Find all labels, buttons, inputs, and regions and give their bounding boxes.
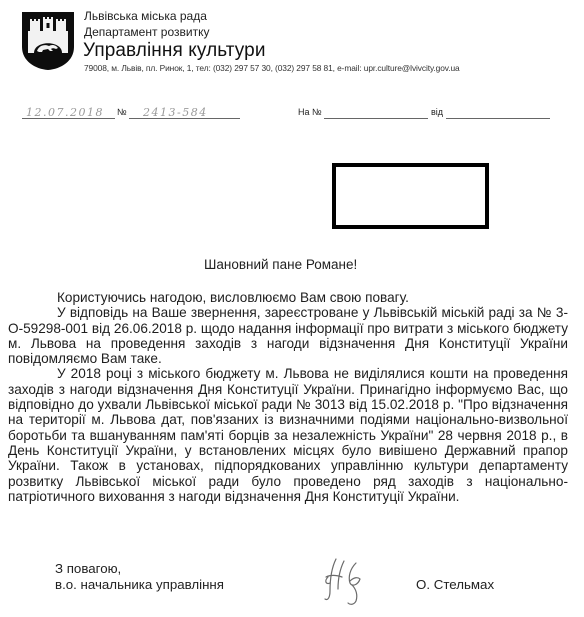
date-field: 12.07.2018 — [22, 104, 115, 119]
redacted-recipient-box — [332, 163, 489, 229]
letter-body: Користуючись нагодою, висловлюємо Вам св… — [8, 290, 568, 504]
number-field: 2413-584 — [129, 104, 240, 119]
closing-salutation: З повагою, — [55, 561, 121, 576]
handwritten-signature-icon — [322, 555, 372, 607]
handwritten-date: 12.07.2018 — [26, 106, 104, 119]
office-name: Управління культури — [83, 40, 266, 62]
signer-position: в.о. начальника управління — [55, 577, 224, 592]
reply-to-label: На № — [298, 107, 322, 117]
number-label: № — [117, 107, 127, 117]
department-name: Департамент розвитку — [84, 25, 209, 39]
from-field — [446, 104, 550, 119]
paragraph-answer: У 2018 році з міського бюджету м. Львова… — [8, 366, 568, 504]
lviv-coat-of-arms-icon — [21, 11, 75, 71]
from-label: від — [431, 107, 443, 117]
greeting: Шановний пане Романе! — [204, 257, 357, 272]
city-council-name: Львівська міська рада — [84, 9, 207, 23]
handwritten-number: 2413-584 — [143, 106, 208, 119]
paragraph-request-reference: У відповідь на Ваше звернення, зареєстро… — [8, 305, 568, 366]
paragraph-courtesy: Користуючись нагодою, висловлюємо Вам св… — [8, 290, 568, 305]
contact-address: 79008, м. Львів, пл. Ринок, 1, тел: (032… — [84, 63, 460, 73]
reply-to-field — [324, 104, 428, 119]
signer-name: О. Стельмах — [416, 577, 494, 592]
